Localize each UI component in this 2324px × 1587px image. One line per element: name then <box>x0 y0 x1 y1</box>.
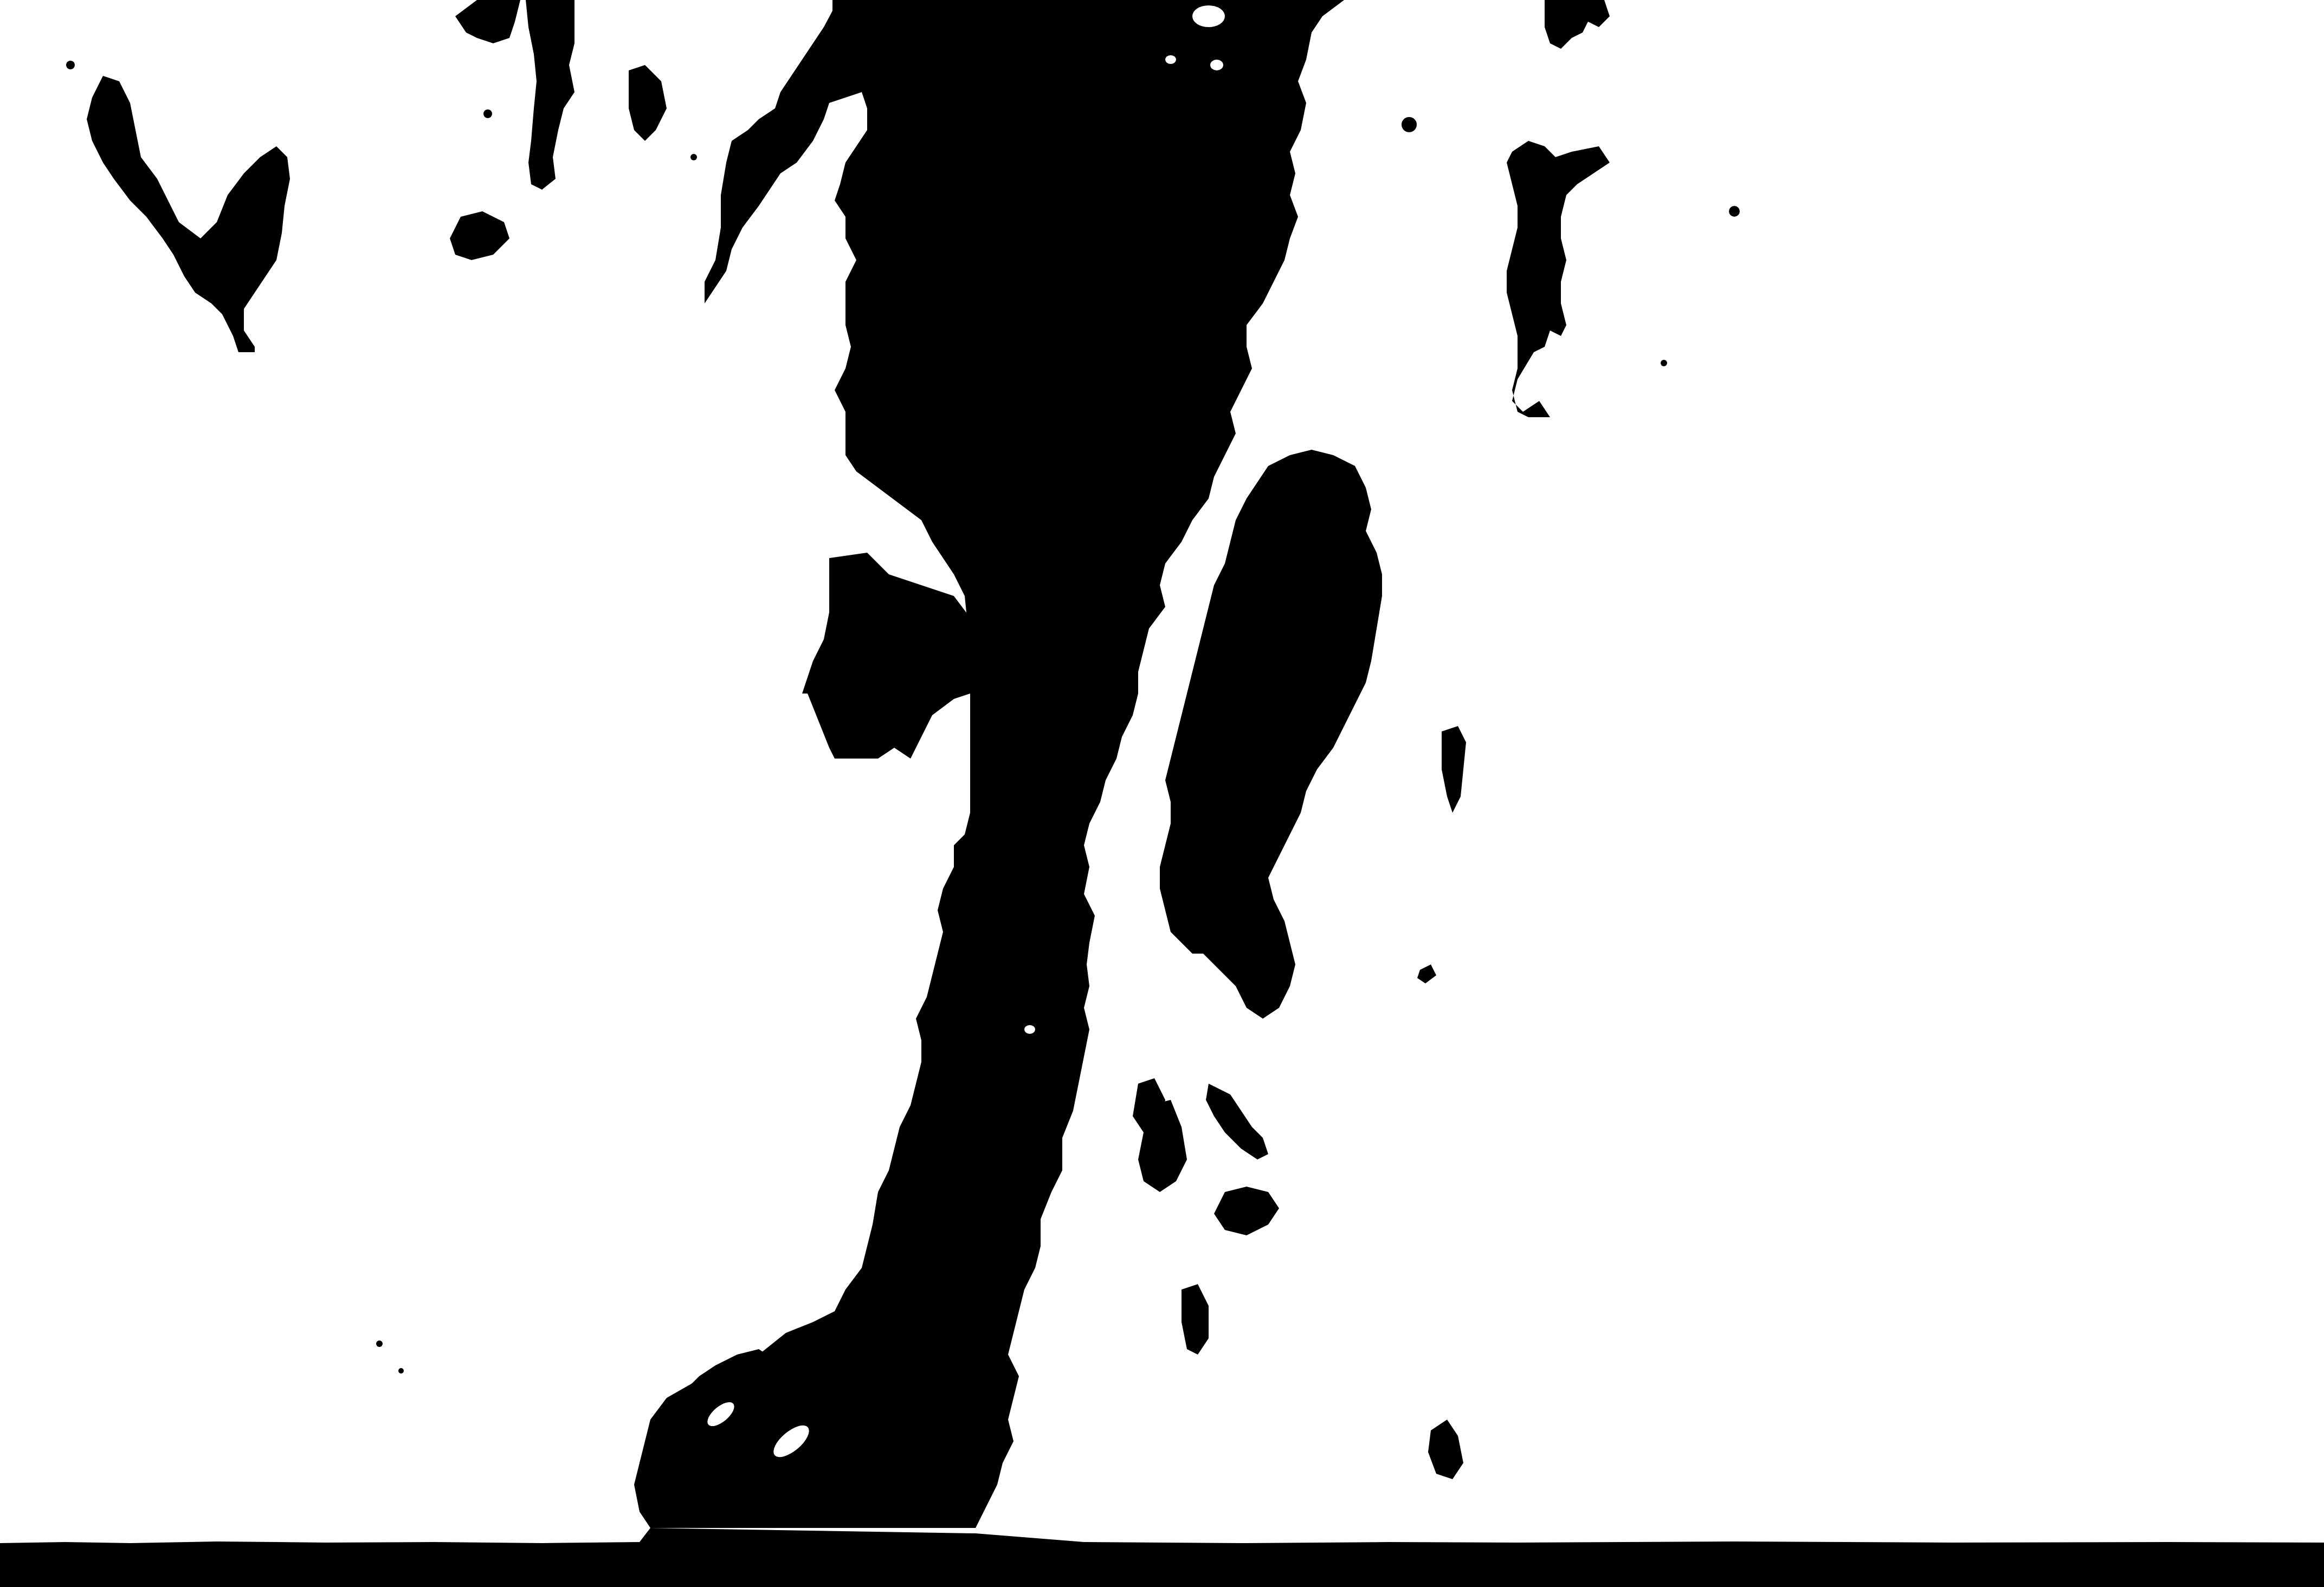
islet <box>376 1340 383 1347</box>
hole <box>1024 1025 1035 1034</box>
hole <box>1165 55 1176 64</box>
hole <box>1210 60 1223 70</box>
islet <box>1729 206 1740 217</box>
islet <box>1561 30 1572 41</box>
islet <box>66 61 75 69</box>
islet <box>690 154 697 160</box>
segmentation-mask <box>0 0 2324 1587</box>
islet <box>483 109 492 118</box>
hole <box>1192 5 1225 27</box>
islet <box>1661 360 1667 366</box>
islet <box>398 1368 404 1374</box>
islet <box>1402 117 1417 132</box>
